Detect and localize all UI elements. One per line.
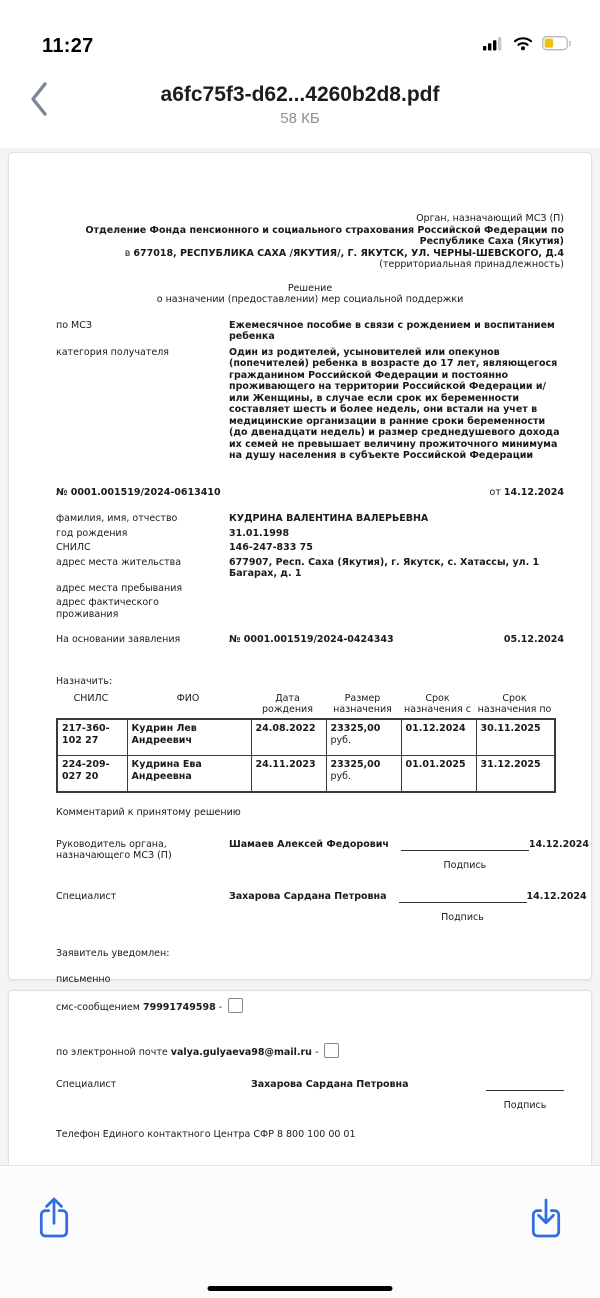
sms-number: 79991749598 (143, 1002, 216, 1013)
person-fields: фамилия, имя, отчество КУДРИНА ВАЛЕНТИНА… (56, 513, 564, 620)
assign-table: 217-360-102 27 Кудрин Лев Андреевич 24.0… (56, 718, 556, 793)
category-row: категория получателя Один из родителей, … (56, 347, 564, 462)
pdf-page-1: Орган, назначающий МСЗ (П) Отделение Фон… (8, 152, 592, 980)
download-button[interactable] (526, 1194, 566, 1244)
battery-icon (542, 36, 572, 56)
signature-caption: Подпись (486, 1100, 564, 1112)
msz-label: по МСЗ (56, 320, 229, 343)
msz-value: Ежемесячное пособие в связи с рождением … (229, 320, 564, 343)
signature-line (486, 1079, 564, 1091)
decision-subtitle: о назначении (предоставлении) мер социал… (56, 294, 564, 306)
field-row-stay-address: адрес места пребывания (56, 583, 564, 595)
organ-name: Отделение Фонда пенсионного и социальног… (56, 225, 564, 248)
bottom-toolbar (0, 1165, 600, 1298)
application-label: На основании заявления (56, 634, 229, 646)
status-bar: 11:27 (0, 0, 600, 62)
sms-checkbox (228, 998, 243, 1013)
share-button[interactable] (34, 1194, 74, 1244)
download-icon (528, 1229, 564, 1244)
signature-line (399, 891, 527, 903)
field-row-birth-year: год рождения 31.01.1998 (56, 528, 564, 540)
file-size: 58 КБ (280, 110, 319, 127)
back-button[interactable] (28, 76, 62, 124)
msz-row: по МСЗ Ежемесячное пособие в связи с рож… (56, 320, 564, 343)
pdf-scroll-area[interactable]: Орган, назначающий МСЗ (П) Отделение Фон… (0, 148, 600, 1165)
pdf-page-2: по электронной почте valya.gulyaeva98@ma… (8, 990, 592, 1165)
assign-table-header: СНИЛС ФИО Дата рождения Размер назначени… (56, 694, 564, 715)
nav-bar: a6fc75f3-d62...4260b2d8.pdf 58 КБ (0, 62, 600, 148)
home-indicator[interactable] (208, 1286, 393, 1291)
organ-address: в 677018, РЕСПУБЛИКА САХА /ЯКУТИЯ/, Г. Я… (56, 248, 564, 260)
application-row: На основании заявления № 0001.001519/202… (56, 634, 564, 646)
field-row-snils: СНИЛС 146-247-833 75 (56, 542, 564, 554)
territorial-note: (территориальная принадлежность) (56, 259, 564, 271)
file-title: a6fc75f3-d62...4260b2d8.pdf (161, 83, 440, 107)
notified-label: Заявитель уведомлен: (56, 948, 564, 960)
status-icons (483, 35, 572, 58)
field-row-actual-address: адрес фактического проживания (56, 597, 564, 620)
signature-row-specialist: Специалист Захарова Сардана Петровна Под… (56, 891, 564, 924)
decision-title: Решение (56, 283, 564, 295)
organ-label: Орган, назначающий МСЗ (П) (56, 213, 564, 225)
field-row-fio: фамилия, имя, отчество КУДРИНА ВАЛЕНТИНА… (56, 513, 564, 525)
signature-caption: Подпись (399, 912, 527, 924)
wifi-icon (512, 35, 534, 56)
application-date: 05.12.2024 (504, 634, 564, 646)
comment-label: Комментарий к принятому решению (56, 807, 564, 819)
decision-number-line: № 0001.001519/2024-0613410 от 14.12.2024 (56, 487, 564, 499)
signature-row-specialist-p2: Специалист Захарова Сардана Петровна Под… (56, 1079, 564, 1112)
pdf-viewer-screen: 11:27 (0, 0, 600, 1298)
signature-date: 14.12.2024 (529, 839, 589, 872)
application-number: № 0001.001519/2024-0424343 (229, 634, 489, 646)
category-label: категория получателя (56, 347, 229, 462)
assign-label: Назначить: (56, 676, 564, 688)
signature-line (401, 839, 529, 851)
email-line: по электронной почте valya.gulyaeva98@ma… (56, 1043, 564, 1059)
table-row: 224-209-027 20 Кудрина Ева Андреевна 24.… (57, 756, 555, 793)
signature-date: 14.12.2024 (527, 891, 587, 924)
email-checkbox (324, 1043, 339, 1058)
decision-number: № 0001.001519/2024-0613410 (56, 487, 221, 499)
status-time: 11:27 (42, 35, 94, 58)
signature-row-head: Руководитель органа, назначающего МСЗ (П… (56, 839, 564, 872)
cellular-signal-icon (483, 36, 504, 56)
written-label: письменно (56, 974, 564, 986)
share-icon (36, 1229, 72, 1244)
email-value: valya.gulyaeva98@mail.ru (171, 1047, 312, 1058)
chevron-left-icon (28, 80, 50, 121)
decision-date: от 14.12.2024 (490, 487, 564, 499)
signature-caption: Подпись (401, 860, 529, 872)
table-row: 217-360-102 27 Кудрин Лев Андреевич 24.0… (57, 719, 555, 756)
field-row-residence-address: адрес места жительства 677907, Респ. Сах… (56, 557, 564, 580)
contact-phone-line: Телефон Единого контактного Центра СФР 8… (56, 1129, 564, 1141)
category-value: Один из родителей, усыновителей или опек… (229, 347, 564, 462)
